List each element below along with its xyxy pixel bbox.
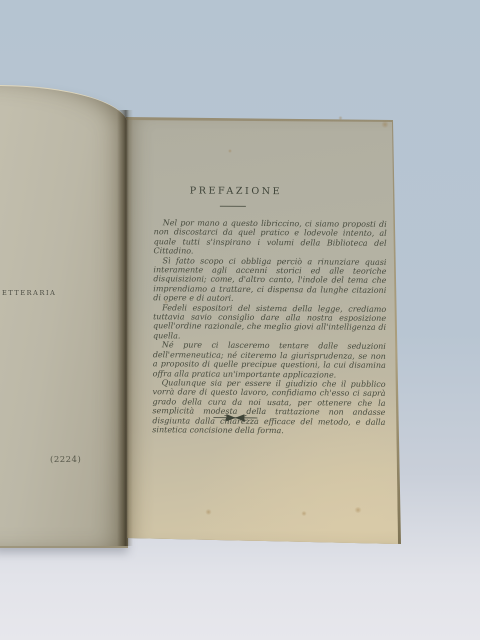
foxing-spot [228, 149, 232, 153]
foxing-spot [205, 509, 212, 515]
page-title: PREFAZIONE [100, 185, 372, 198]
foxing-spot [354, 507, 362, 513]
series-title-partial: ETTERARIA [2, 289, 56, 297]
preface-paragraph: Sì fatto scopo ci obbliga perciò a rinun… [153, 256, 386, 305]
gutter-shadow [117, 110, 133, 546]
foxing-spot [301, 511, 307, 516]
inventory-number: (2224) [50, 455, 81, 465]
preface-paragraph: Qualunque sia per essere il giudizio che… [152, 378, 385, 436]
foxing-spot [338, 116, 343, 120]
page-content: PREFAZIONE Nel por mano a questo libricc… [126, 117, 401, 545]
tailpiece-ornament-icon [212, 411, 258, 425]
foxing-spot [381, 121, 389, 128]
foxing-spot [164, 300, 168, 304]
preface-paragraph: Nel por mano a questo libriccino, ci sia… [154, 218, 387, 257]
preface-paragraph: Fedeli espositori del sistema della legg… [153, 303, 386, 342]
book-photo: ETTERARIA (2224) PREFAZIONE Nel por mano… [0, 0, 480, 640]
right-page: PREFAZIONE Nel por mano a questo libricc… [127, 118, 399, 544]
left-page: ETTERARIA (2224) [0, 85, 128, 548]
title-rule [220, 206, 246, 207]
preface-paragraph: Né pure ci lasceremo tentare dalle seduz… [153, 341, 386, 380]
preface-text-block: Nel por mano a questo libriccino, ci sia… [152, 218, 387, 436]
